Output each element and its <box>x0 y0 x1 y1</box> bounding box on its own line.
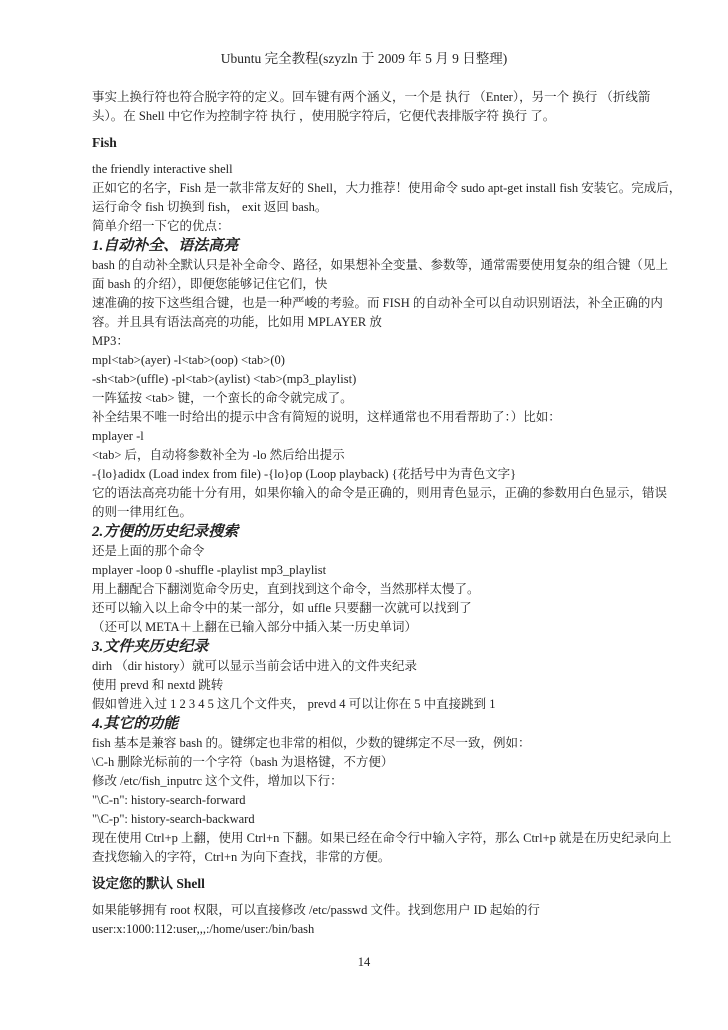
text-line: mpl<tab>(ayer) -l<tab>(oop) <tab>(0) <box>92 351 638 370</box>
subsection-heading: 1.自动补全、语法高亮 <box>92 236 638 256</box>
subsection-heading: 3.文件夹历史纪录 <box>92 637 638 657</box>
text-line: 容。并且具有语法高亮的功能，比如用 MPLAYER 放 <box>92 313 638 332</box>
text-line: 它的语法高亮功能十分有用，如果你输入的命令是正确的，则用青色显示，正确的参数用白… <box>92 484 638 503</box>
subsection-heading: 2.方便的历史纪录搜索 <box>92 522 638 542</box>
text-line: mplayer -loop 0 -shuffle -playlist mp3_p… <box>92 561 638 580</box>
doc-title: Ubuntu 完全教程(szyzln 于 2009 年 5 月 9 日整理) <box>0 50 728 68</box>
text-line: 还可以输入以上命令中的某一部分，如 uffle 只要翻一次就可以找到了 <box>92 599 638 618</box>
text-line: 简单介绍一下它的优点： <box>92 217 638 236</box>
text-line: dirh （dir history）就可以显示当前会话中进入的文件夹纪录 <box>92 657 638 676</box>
text-line: 如果能够拥有 root 权限，可以直接修改 /etc/passwd 文件。找到您… <box>92 901 638 920</box>
text-line: the friendly interactive shell <box>92 160 638 179</box>
text-line: MP3： <box>92 332 638 351</box>
text-line: 假如曾进入过 1 2 3 4 5 这几个文件夹， prevd 4 可以让你在 5… <box>92 695 638 714</box>
text-line: 面 bash 的介绍），即便您能够记住它们，快 <box>92 275 638 294</box>
text-line: \C-h 删除光标前的一个字符（bash 为退格键，不方便） <box>92 753 638 772</box>
text-line: <tab> 后，自动将参数补全为 -lo 然后给出提示 <box>92 446 638 465</box>
doc-body: 事实上换行符也符合脱字符的定义。回车键有两个涵义，一个是 执行 （Enter），… <box>92 88 638 939</box>
text-line: 使用 prevd 和 nextd 跳转 <box>92 676 638 695</box>
text-line: "\C-n": history-search-forward <box>92 791 638 810</box>
text-line: 事实上换行符也符合脱字符的定义。回车键有两个涵义，一个是 执行 （Enter），… <box>92 88 638 107</box>
text-line: fish 基本是兼容 bash 的。键绑定也非常的相似，少数的键绑定不尽一致，例… <box>92 734 638 753</box>
text-line: user:x:1000:112:user,,,:/home/user:/bin/… <box>92 920 638 939</box>
text-line: -sh<tab>(uffle) -pl<tab>(aylist) <tab>(m… <box>92 370 638 389</box>
section-heading: Fish <box>92 133 638 153</box>
text-line: bash 的自动补全默认只是补全命令、路径，如果想补全变量、参数等，通常需要使用… <box>92 256 638 275</box>
text-line: 现在使用 Ctrl+p 上翻，使用 Ctrl+n 下翻。如果已经在命令行中输入字… <box>92 829 638 848</box>
subsection-heading: 4.其它的功能 <box>92 714 638 734</box>
section-heading: 设定您的默认 Shell <box>92 874 638 894</box>
text-line: （还可以 META＋上翻在已输入部分中插入某一历史单词） <box>92 618 638 637</box>
text-line: "\C-p": history-search-backward <box>92 810 638 829</box>
text-line: 速准确的按下这些组合键，也是一种严峻的考验。而 FISH 的自动补全可以自动识别… <box>92 294 638 313</box>
text-line: 运行命令 fish 切换到 fish， exit 返回 bash。 <box>92 198 638 217</box>
text-line: 还是上面的那个命令 <box>92 542 638 561</box>
text-line: 正如它的名字，Fish 是一款非常友好的 Shell，大力推荐！使用命令 sud… <box>92 179 638 198</box>
text-line: 补全结果不唯一时给出的提示中含有简短的说明，这样通常也不用看帮助了：）比如： <box>92 408 638 427</box>
text-line: 用上翻配合下翻浏览命令历史，直到找到这个命令，当然那样太慢了。 <box>92 580 638 599</box>
text-line: 修改 /etc/fish_inputrc 这个文件，增加以下行： <box>92 772 638 791</box>
text-line: 的则一律用红色。 <box>92 503 638 522</box>
text-line: 查找您输入的字符，Ctrl+n 为向下查找，非常的方便。 <box>92 848 638 867</box>
document-page: Ubuntu 完全教程(szyzln 于 2009 年 5 月 9 日整理) 事… <box>0 0 728 1030</box>
page-number: 14 <box>0 954 728 970</box>
text-line: mplayer -l <box>92 427 638 446</box>
text-line: 头）。在 Shell 中它作为控制字符 执行 ，使用脱字符后，它便代表排版字符 … <box>92 107 638 126</box>
text-line: -{lo}adidx (Load index from file) -{lo}o… <box>92 465 638 484</box>
text-line: 一阵猛按 <tab> 键，一个蛮长的命令就完成了。 <box>92 389 638 408</box>
